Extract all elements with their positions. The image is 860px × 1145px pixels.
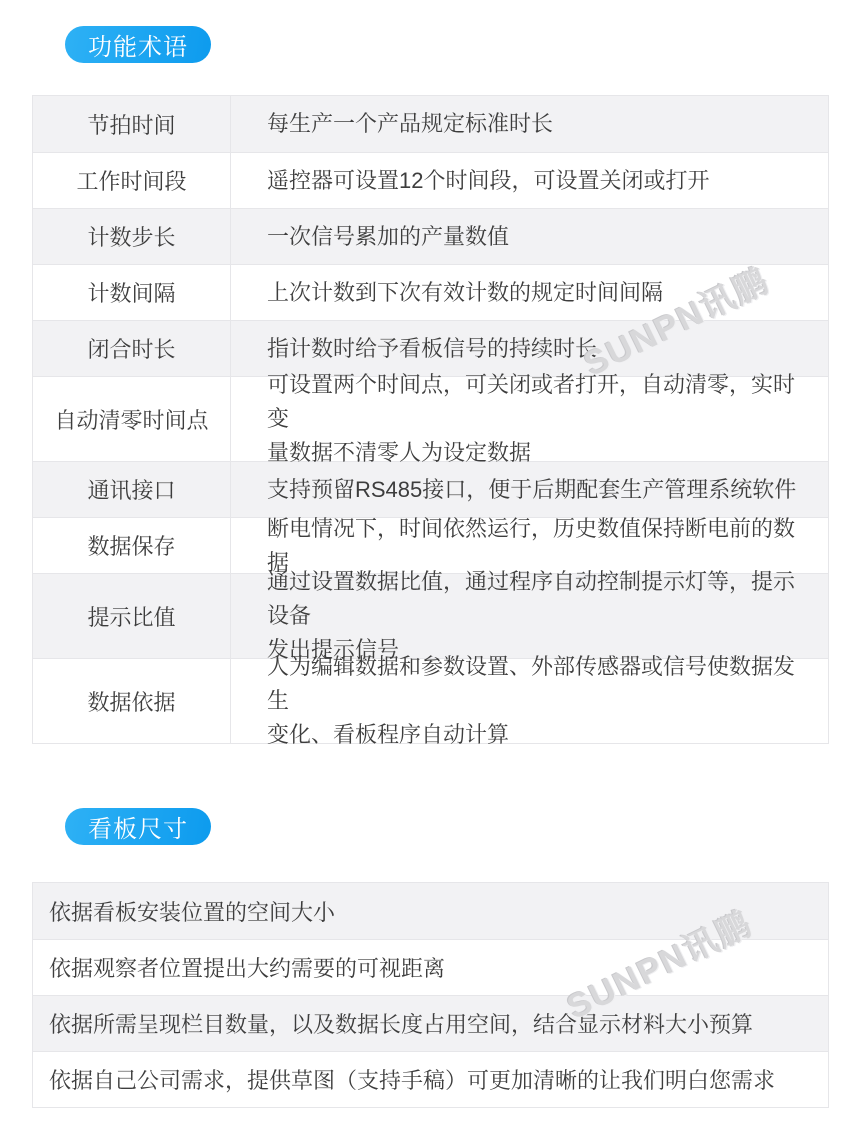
term-cell: 节拍时间 (33, 96, 231, 152)
table-row: 数据依据 人为编辑数据和参数设置、外部传感器或信号使数据发生 变化、看板程序自动… (33, 658, 828, 743)
table-row: 计数步长 一次信号累加的产量数值 (33, 208, 828, 264)
description-cell: 一次信号累加的产量数值 (231, 209, 828, 264)
term-cell: 计数间隔 (33, 265, 231, 320)
description-cell: 支持预留RS485接口，便于后期配套生产管理系统软件 (231, 462, 828, 517)
board-size-table: 依据看板安装位置的空间大小 依据观察者位置提出大约需要的可视距离 依据所需呈现栏… (32, 882, 829, 1108)
term-cell: 闭合时长 (33, 321, 231, 376)
term-cell: 工作时间段 (33, 153, 231, 208)
term-cell: 数据保存 (33, 518, 231, 573)
description-cell: 上次计数到下次有效计数的规定时间间隔 (231, 265, 828, 320)
term-cell: 数据依据 (33, 659, 231, 743)
list-item: 依据自己公司需求，提供草图（支持手稿）可更加清晰的让我们明白您需求 (33, 1051, 828, 1107)
description-cell: 每生产一个产品规定标准时长 (231, 96, 828, 152)
function-terms-badge: 功能术语 (65, 26, 211, 63)
function-terms-table: 节拍时间 每生产一个产品规定标准时长 工作时间段 遥控器可设置12个时间段，可设… (32, 95, 829, 744)
table-row: 自动清零时间点 可设置两个时间点，可关闭或者打开，自动清零，实时变 量数据不清零… (33, 376, 828, 461)
list-item: 依据所需呈现栏目数量，以及数据长度占用空间，结合显示材料大小预算 (33, 995, 828, 1051)
list-item: 依据看板安装位置的空间大小 (33, 883, 828, 939)
board-size-badge: 看板尺寸 (65, 808, 211, 845)
term-cell: 自动清零时间点 (33, 377, 231, 461)
term-cell: 提示比值 (33, 574, 231, 658)
description-cell: 遥控器可设置12个时间段，可设置关闭或打开 (231, 153, 828, 208)
documentation-page: 功能术语 节拍时间 每生产一个产品规定标准时长 工作时间段 遥控器可设置12个时… (0, 0, 860, 1145)
table-row: 节拍时间 每生产一个产品规定标准时长 (33, 96, 828, 152)
term-cell: 计数步长 (33, 209, 231, 264)
description-cell: 人为编辑数据和参数设置、外部传感器或信号使数据发生 变化、看板程序自动计算 (231, 659, 828, 743)
table-row: 通讯接口 支持预留RS485接口，便于后期配套生产管理系统软件 (33, 461, 828, 517)
list-item: 依据观察者位置提出大约需要的可视距离 (33, 939, 828, 995)
table-row: 工作时间段 遥控器可设置12个时间段，可设置关闭或打开 (33, 152, 828, 208)
description-cell: 通过设置数据比值，通过程序自动控制提示灯等，提示设备 发出提示信号 (231, 574, 828, 658)
term-cell: 通讯接口 (33, 462, 231, 517)
description-cell: 可设置两个时间点，可关闭或者打开，自动清零，实时变 量数据不清零人为设定数据 (231, 377, 828, 461)
table-row: 计数间隔 上次计数到下次有效计数的规定时间间隔 (33, 264, 828, 320)
table-row: 提示比值 通过设置数据比值，通过程序自动控制提示灯等，提示设备 发出提示信号 (33, 573, 828, 658)
